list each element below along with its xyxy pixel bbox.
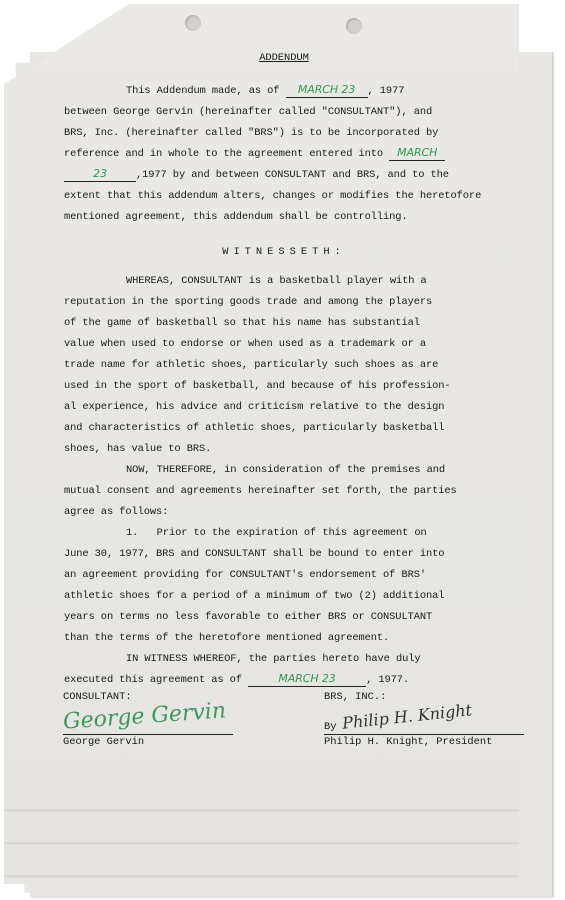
document-title: ADDENDUM [64, 48, 504, 69]
text-line: used in the sport of basketball, and bec… [64, 376, 504, 397]
company-label: BRS, INC.: [324, 690, 524, 704]
now-therefore-paragraph: NOW, THEREFORE, in consideration of the … [64, 460, 504, 523]
text-line: mentioned agreement, this addendum shall… [64, 207, 504, 228]
text-line: of the game of basketball so that his na… [64, 313, 504, 334]
text-line: mutual consent and agreements hereinafte… [64, 481, 504, 502]
handwritten-signature: George Gervin [63, 704, 227, 729]
text-line: This Addendum made, as of MARCH 23, 1977 [64, 81, 504, 102]
text-line: between George Gervin (hereinafter calle… [64, 102, 504, 123]
text-line: WHEREAS, CONSULTANT is a basketball play… [64, 271, 504, 292]
text-line: al experience, his advice and criticism … [64, 397, 504, 418]
text-line: NOW, THEREFORE, in consideration of the … [64, 460, 504, 481]
handwritten-date: MARCH [389, 146, 445, 161]
handwritten-date: 23 [64, 167, 136, 182]
handwritten-date: MARCH 23 [248, 672, 366, 687]
text-line: June 30, 1977, BRS and CONSULTANT shall … [64, 544, 504, 565]
signature-line: By Philip H. Knight [324, 704, 524, 735]
intro-paragraph: This Addendum made, as of MARCH 23, 1977… [64, 81, 504, 228]
text-line: reputation in the sporting goods trade a… [64, 292, 504, 313]
consultant-name: George Gervin [63, 735, 233, 749]
by-label: By [324, 720, 336, 734]
text-line: 1. Prior to the expiration of this agree… [64, 523, 504, 544]
punch-hole [346, 18, 362, 34]
text-line: trade name for athletic shoes, particula… [64, 355, 504, 376]
clause-1-paragraph: 1. Prior to the expiration of this agree… [64, 523, 504, 649]
in-witness-paragraph: IN WITNESS WHEREOF, the parties hereto h… [64, 649, 504, 691]
document-body: ADDENDUM This Addendum made, as of MARCH… [64, 42, 504, 691]
text-line: reference and in whole to the agreement … [64, 144, 504, 165]
consultant-signature-block: CONSULTANT: George Gervin George Gervin [63, 690, 233, 749]
text-line: than the terms of the heretofore mention… [64, 628, 504, 649]
text-line: shoes, has value to BRS. [64, 439, 504, 460]
text-line: 23,1977 by and between CONSULTANT and BR… [64, 165, 504, 186]
text-line: value when used to endorse or when used … [64, 334, 504, 355]
signature-line: George Gervin [63, 704, 233, 735]
punch-hole [185, 15, 201, 31]
text-line: and characteristics of athletic shoes, p… [64, 418, 504, 439]
witnesseth-heading: WITNESSETH: [64, 242, 504, 263]
whereas-paragraph: WHEREAS, CONSULTANT is a basketball play… [64, 271, 504, 460]
company-signer: Philip H. Knight, President [324, 735, 524, 749]
text-line: agree as follows: [64, 502, 504, 523]
handwritten-signature: Philip H. Knight [342, 703, 473, 731]
text-line: executed this agreement as of MARCH 23, … [64, 670, 504, 691]
company-signature-block: BRS, INC.: By Philip H. Knight Philip H.… [324, 690, 524, 749]
text-line: an agreement providing for CONSULTANT's … [64, 565, 504, 586]
text-line: BRS, Inc. (hereinafter called "BRS") is … [64, 123, 504, 144]
text-line: IN WITNESS WHEREOF, the parties hereto h… [64, 649, 504, 670]
text-line: athletic shoes for a period of a minimum… [64, 586, 504, 607]
handwritten-date: MARCH 23 [286, 83, 368, 98]
text-line: years on terms no less favorable to eith… [64, 607, 504, 628]
text-line: extent that this addendum alters, change… [64, 186, 504, 207]
